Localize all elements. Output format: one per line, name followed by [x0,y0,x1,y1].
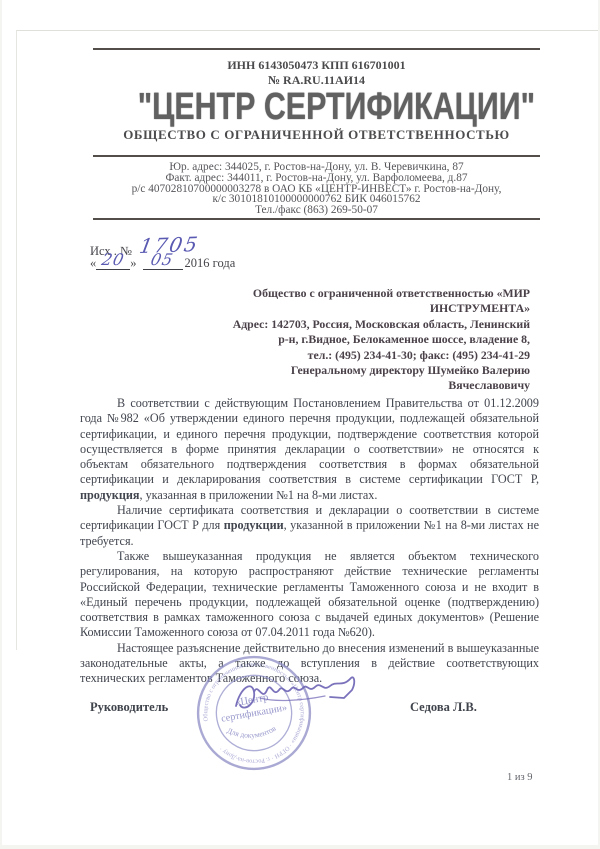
recipient-director-line2: Вячеславовичу [233,378,530,393]
date-close-quote: » [130,256,136,270]
signer-name: Седова Л.В. [410,700,477,715]
document-page: ИНН 6143050473 КПП 616701001 № RA.RU.11А… [2,0,598,845]
paragraph-2: Наличие сертификата соответствия и декла… [80,503,539,549]
recipient-address-line2: р-н, г.Видное, Белокаменное шоссе, владе… [233,332,530,347]
signer-title: Руководитель [90,700,168,715]
scan-edge-horizontal [16,30,598,31]
paragraph-1-text: В соответствии с действующим Постановлен… [80,396,539,486]
date-day-field: 20 [96,254,130,270]
recipient-company-line1: Общество с ограниченной ответственностью… [233,286,530,301]
signature-ink [230,668,370,728]
date-day-handwritten: 20 [100,252,126,267]
paragraph-1-text-end: , указанная в приложении №1 на 8-ми лист… [139,488,377,502]
paragraph-3: Также вышеуказанная продукция не являетс… [80,549,539,641]
actual-address: Факт. адрес: 344011, г. Ростов-на-Дону, … [93,173,540,184]
page-indicator: 1 из 9 [507,772,533,783]
letterhead-contacts: Юр. адрес: 344025, г. Ростов-на-Дону, ул… [93,162,540,216]
header-top-rule [93,48,540,50]
paragraph-2-bold-word: продукции [224,518,284,532]
recipient-address-line1: Адрес: 142703, Россия, Московская област… [233,317,530,332]
company-title: "ЦЕНТР СЕРТИФИКАЦИИ" [138,89,496,125]
date-month-handwritten: 05 [150,252,176,267]
header-bottom-rule [93,218,540,220]
company-type-line: ОБЩЕСТВО С ОГРАНИЧЕННОЙ ОТВЕТСТВЕННОСТЬЮ [93,127,540,143]
outgoing-reference: Исх . №1705 «20»052016 года [90,236,235,271]
inn-kpp-line: ИНН 6143050473 КПП 616701001 [93,58,540,73]
paragraph-1: В соответствии с действующим Постановлен… [80,396,539,503]
header-middle-rule [93,155,540,157]
recipient-company-line2: ИНСТРУМЕНТА» [233,301,530,316]
phone-fax-line: Тел./факс (863) 269-50-07 [93,205,540,216]
paragraph-1-bold-word: продукция [80,488,139,502]
recipient-address-block: Общество с ограниченной ответственностью… [233,286,530,394]
recipient-director-line1: Генеральному директору Шумейко Валерию [233,363,530,378]
recipient-phone-fax: тел.: (495) 234-41-30; факс: (495) 234-4… [233,348,530,363]
scan-edge-vertical [16,30,17,650]
letterhead: ИНН 6143050473 КПП 616701001 № RA.RU.11А… [93,58,540,143]
signature-row: Руководитель Общество с ограниченной отв… [2,640,598,810]
date-year-label: 2016 года [185,256,236,270]
